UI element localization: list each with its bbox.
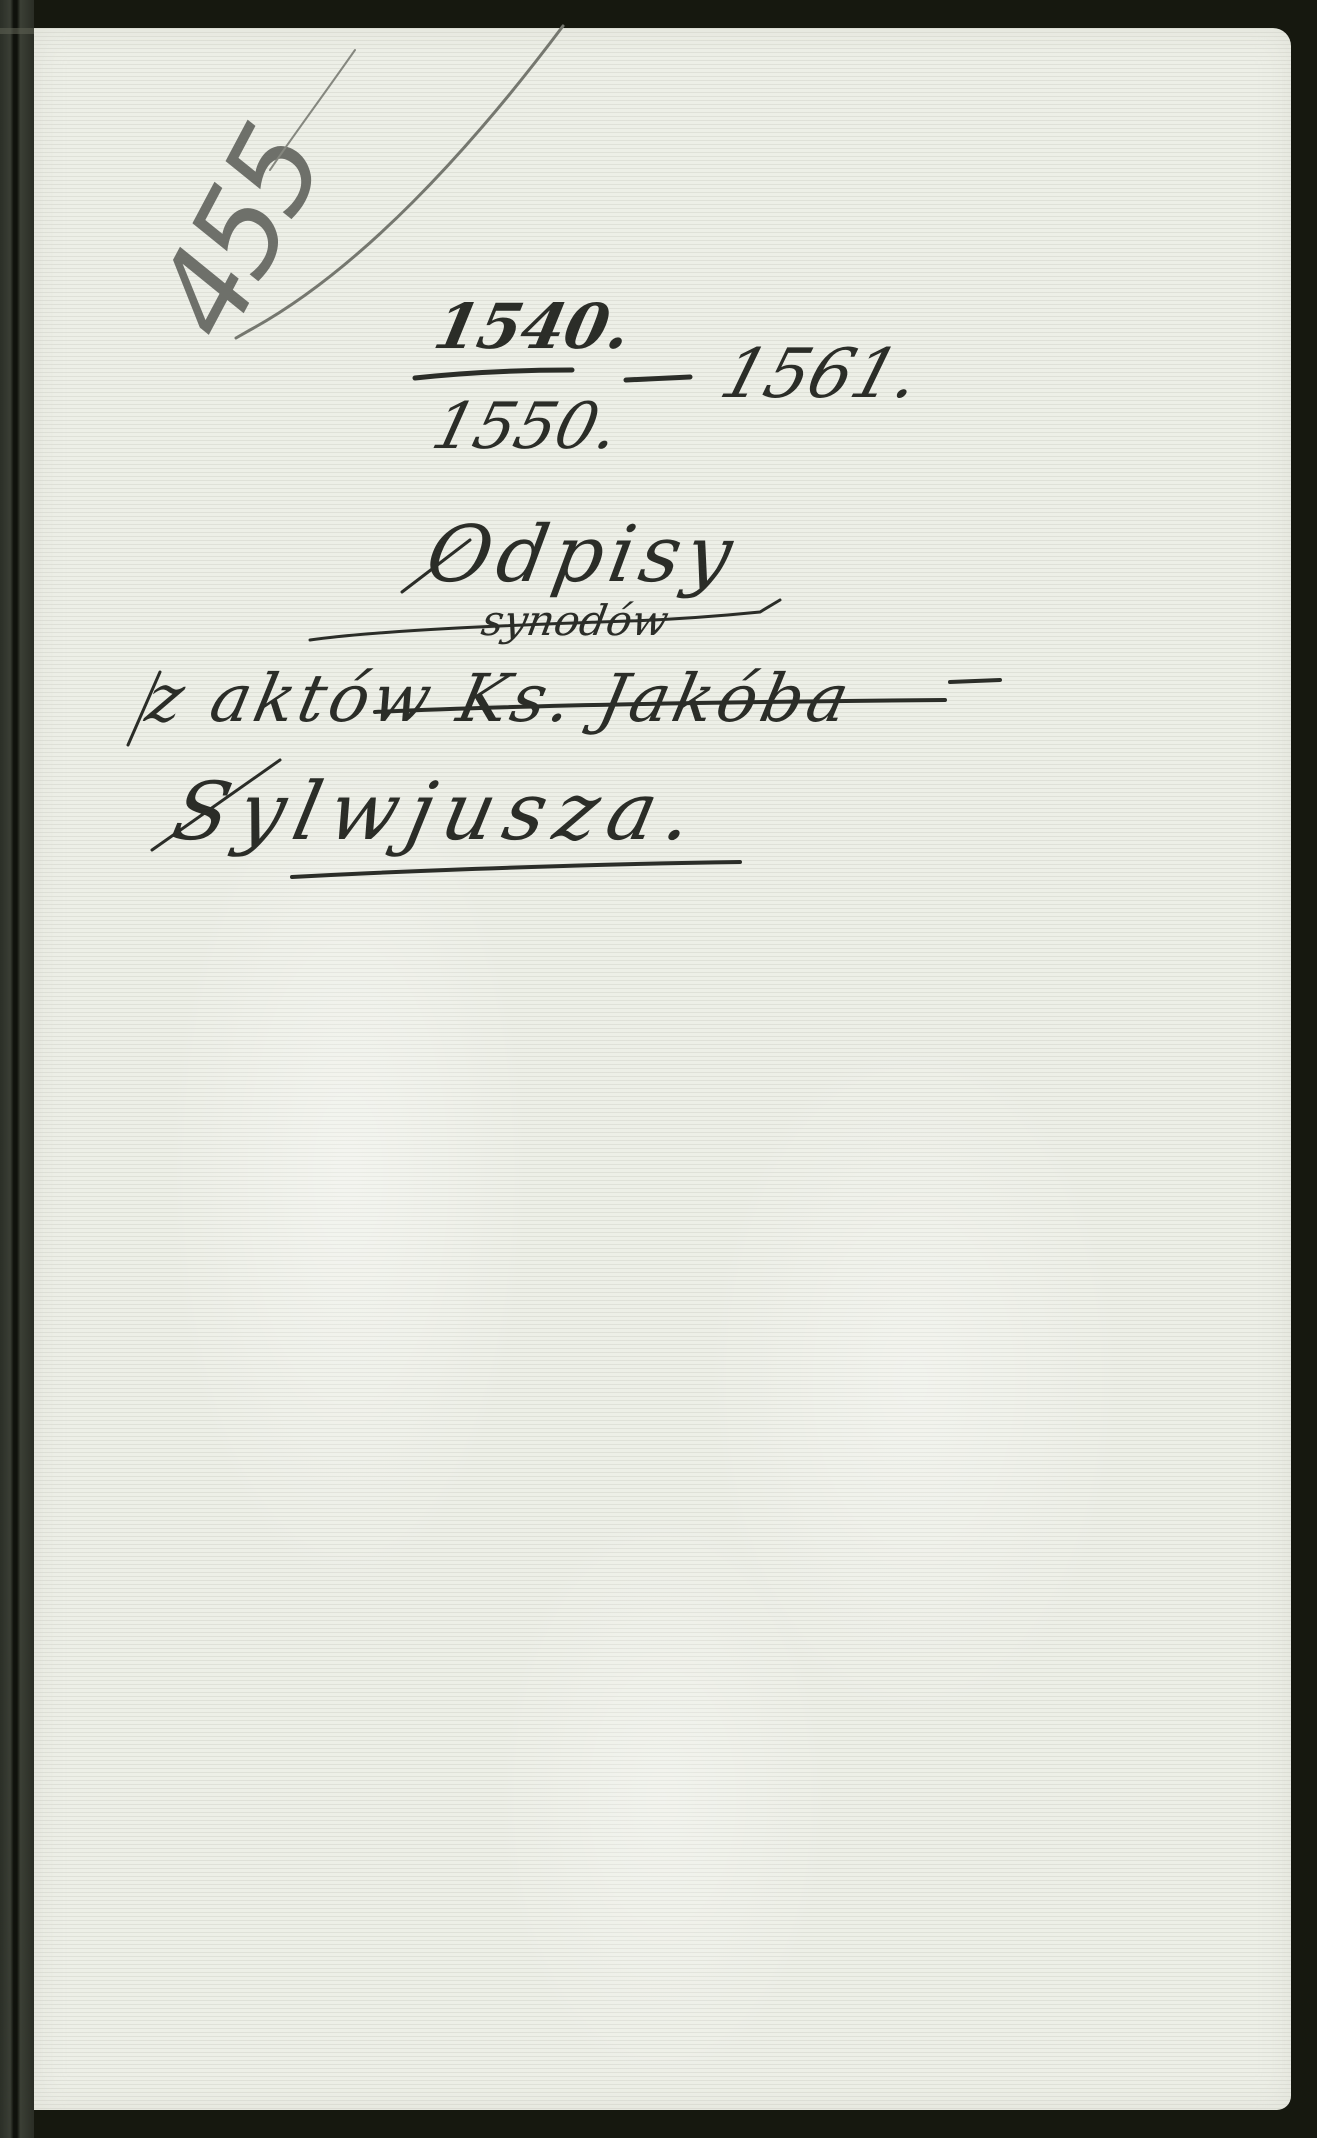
title-synodow-text: synodów <box>478 596 672 645</box>
title-line2-text: z aktów Ks. Jakóba <box>140 660 859 737</box>
year-1540: 1540. <box>428 290 638 363</box>
title-synodow-insertion: synodów <box>478 596 672 645</box>
spine-edge <box>0 28 34 34</box>
title-z-aktow-ks-jakoba: z aktów Ks. Jakóba <box>140 660 859 737</box>
book-spine-binding <box>0 0 34 2138</box>
title-sylwjusza: Sylwjusza. <box>165 765 711 858</box>
title-odpisy: Odpisy <box>420 510 745 600</box>
year-1550-text: 1550. <box>425 390 627 464</box>
year-1561-text: 1561. <box>712 335 929 414</box>
year-1561: 1561. <box>712 335 929 414</box>
title-odpisy-text: Odpisy <box>420 510 745 600</box>
year-1550: 1550. <box>425 390 627 464</box>
year-1540-text: 1540. <box>428 290 638 363</box>
title-sylwjusza-text: Sylwjusza. <box>165 765 711 858</box>
